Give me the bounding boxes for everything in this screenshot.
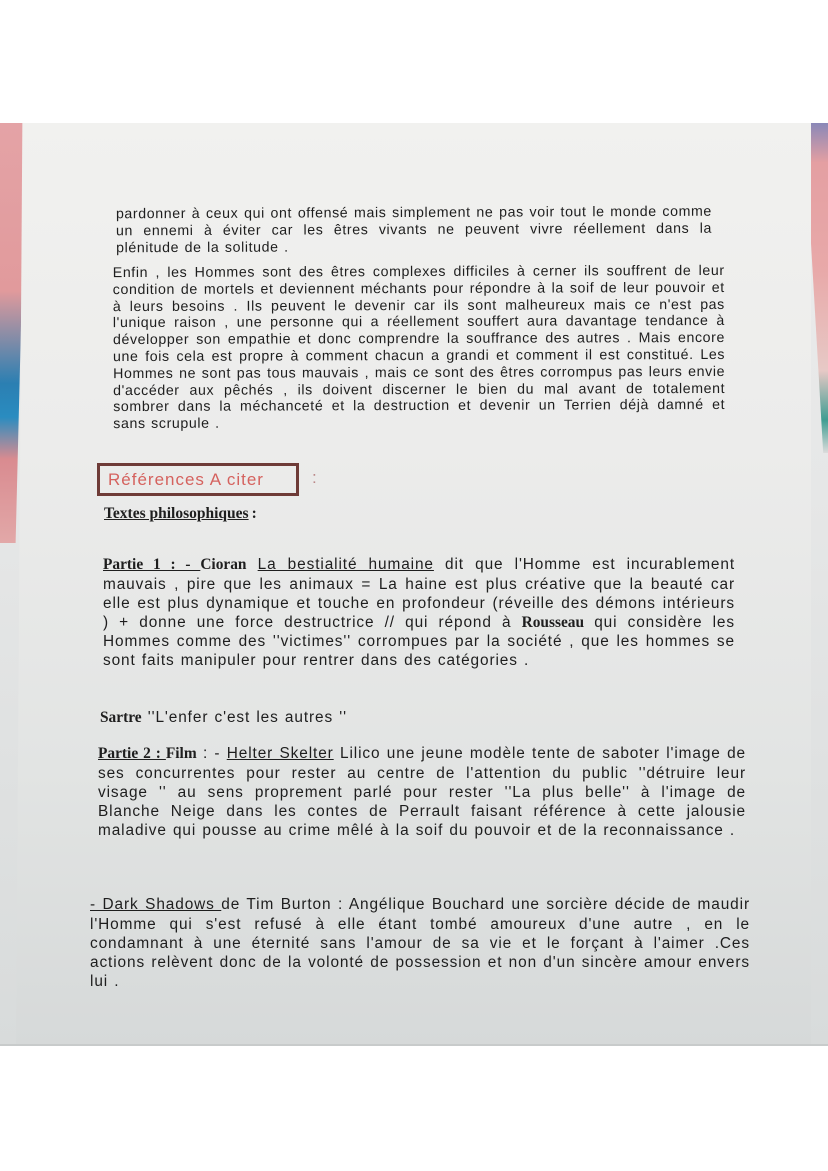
section-heading: Textes philosophiques:	[104, 505, 257, 523]
part1-author: Cioran	[200, 556, 246, 573]
part1-label: Partie 1 : -	[103, 556, 200, 573]
film2-paragraph: - Dark Shadows de Tim Burton : Angélique…	[90, 895, 750, 991]
document-content: pardonner à ceux qui ont offensé mais si…	[0, 123, 828, 1046]
sartre-author: Sartre	[100, 709, 142, 726]
part2-type: Film	[166, 745, 197, 762]
part2-sep: : -	[197, 745, 227, 762]
paper-bottom-edge	[0, 1044, 828, 1046]
part1-work-title: La bestialité humaine	[258, 556, 434, 573]
section-heading-text: Textes philosophiques	[104, 505, 249, 522]
film2-title: - Dark Shadows	[90, 896, 221, 913]
references-box: Références A citer	[97, 463, 299, 496]
sartre-quote: ''L'enfer c'est les autres ''	[142, 709, 347, 726]
references-title: Références A citer	[108, 470, 264, 489]
part1-paragraph: Partie 1 : - Cioran La bestialité humain…	[103, 555, 735, 670]
part2-film-title: Helter Skelter	[227, 745, 334, 762]
conclusion-paragraph: Enfin , les Hommes sont des êtres comple…	[113, 263, 726, 433]
part2-label: Partie 2 :	[98, 745, 166, 762]
part2-paragraph: Partie 2 : Film : - Helter Skelter Lilic…	[98, 744, 746, 840]
references-colon: :	[312, 468, 317, 488]
document-photo: pardonner à ceux qui ont offensé mais si…	[0, 123, 828, 1046]
sartre-line: Sartre ''L'enfer c'est les autres ''	[100, 708, 740, 727]
section-heading-colon: :	[252, 505, 257, 523]
intro-paragraph: pardonner à ceux qui ont offensé mais si…	[116, 204, 712, 257]
part1-author2: Rousseau	[522, 614, 584, 631]
